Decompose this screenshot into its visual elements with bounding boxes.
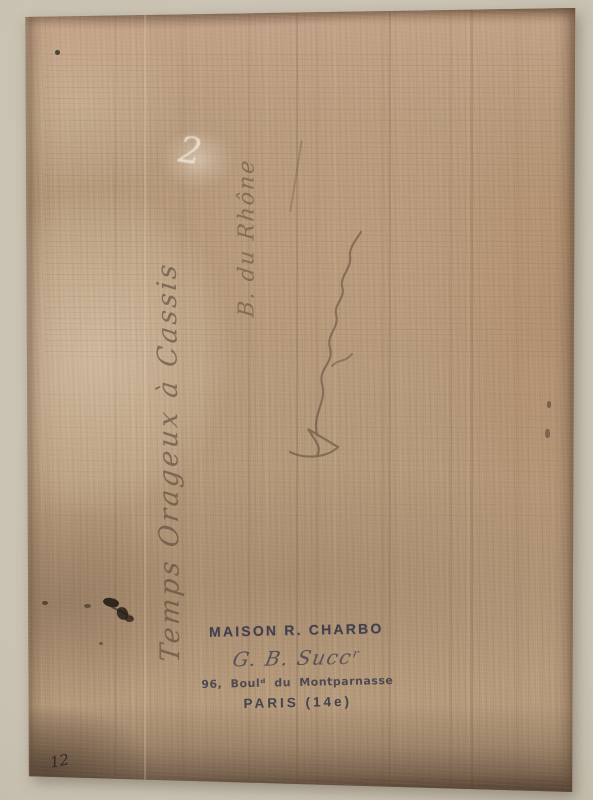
region-inscription: B. du Rhône bbox=[235, 157, 260, 318]
ink-speck bbox=[84, 604, 91, 608]
edge-notch bbox=[545, 429, 550, 438]
stamp-successor-script: G. B. Succʳ bbox=[185, 644, 410, 673]
ink-speck bbox=[99, 642, 103, 645]
edge-notch bbox=[547, 401, 551, 408]
wood-panel-shadow-wrap: 2 Temps Orageux à Cassis B. du Rhône MAI… bbox=[24, 6, 576, 792]
dark-speck bbox=[55, 50, 60, 55]
photo-backdrop: { "subject": "verso of a wooden painting… bbox=[0, 0, 593, 800]
ink-speck bbox=[42, 601, 48, 605]
title-inscription: Temps Orageux à Cassis bbox=[152, 260, 187, 664]
supplier-stamp: MAISON R. CHARBO G. B. Succʳ 96, Boulᵈ d… bbox=[186, 620, 408, 713]
corner-number-inscription: 12 bbox=[49, 750, 71, 771]
wood-grain-highlight bbox=[144, 6, 146, 792]
wood-panel: 2 Temps Orageux à Cassis B. du Rhône MAI… bbox=[24, 6, 576, 792]
stamp-address: 96, Boulᵈ du Montparnasse bbox=[187, 674, 407, 692]
stamp-maison-name: MAISON R. CHARBO bbox=[186, 620, 406, 641]
illegible-signature-scrawl bbox=[276, 216, 376, 466]
wood-grain-seam bbox=[470, 6, 473, 792]
